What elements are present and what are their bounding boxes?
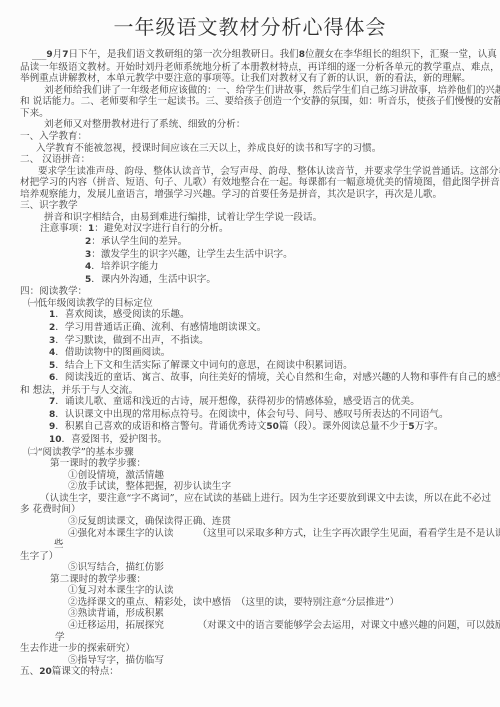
document-line: 三、识字教学 (20, 200, 480, 212)
document-line: 二、 汉语拼音： (20, 154, 480, 166)
document-line: ②选择课文的重点、精彩处，读中感悟 （这里的读，要特别注意“分层推进”） (20, 597, 480, 609)
document-line: 五、20篇课文的特点： (20, 666, 480, 679)
document-line: 培养观察能力，发展儿童语言，增强学习兴趣。学习的首要任务是拼音，其次是识字，再次… (20, 189, 480, 201)
document-line: ①复习对本课生字的认读 (20, 585, 480, 597)
document-body: ___9月7日下午，是我们语文教研组的第一次分组教研日。我们8位靓女在李华组长的… (20, 49, 480, 679)
document-line: 注意事项：1：避免对汉字进行自行的分析。 (20, 223, 480, 236)
document-line: 品读一年级语文教材。开始时刘丹老师系统地分析了本册教材特点，再详细的逐一分析各单… (20, 62, 480, 74)
document-line: 拼音和识字相结合，由易到难进行编排，试着让学生学说一段话。 (20, 212, 480, 224)
document-line: 刘老师给我们讲了一年级老师应该做的：一、给学生们讲故事，然后学生们自己练习讲故事… (20, 85, 480, 97)
document-line: 学 (20, 632, 480, 644)
document-line: ㈠低年级阅读教学的目标定位 (20, 298, 480, 310)
document-line: 入学教育不能被忽视，授课时间应该在三天以上，养成良好的读书和写字的习惯。 (20, 143, 480, 155)
document-line: 4．借助读物中的图画阅读。 (20, 347, 480, 360)
document-line: 第一课时的教学步骤： (20, 458, 480, 470)
document-line: 4．培养识字能力 (20, 261, 480, 274)
document-line: 下来。 (20, 108, 480, 120)
document-page: 一年级语文教材分析心得体会 ··· ___9月7日下午，是我们语文教研组的第一次… (0, 0, 500, 707)
document-line: ③熟读背诵，形成积累 (20, 608, 480, 620)
document-line: 刘老师又对整册教材进行了系统、细致的分析： (20, 119, 480, 131)
document-line: 8．认识课文中出现的常用标点符号。在阅读中，体会句号、问号、感叹号所表达的不同语… (20, 409, 480, 422)
document-line: 和 说话能力。二、老师要和学生一起读书。三、要给孩子创造一个安静的氛围，如：听音… (20, 96, 480, 108)
document-line: ⑤识写结合，描红仿影 (20, 562, 480, 574)
document-line: 第二课时的教学步骤： (20, 574, 480, 586)
document-line: 些 (20, 539, 480, 551)
document-line: 5．课内外沟通，生活中识字。 (20, 274, 480, 287)
document-line: 要求学生读准声母、韵母、整体认读音节，会写声母、韵母、整体认读音节，并要求学生学… (20, 166, 480, 178)
document-line: ④强化对本课生字的认读 （这里可以采取多种方式，让生字再次跟学生见面，看看学生是… (20, 528, 480, 540)
document-line: 和 想法，并乐于与人交流。 (20, 385, 480, 397)
document-line: 3．学习默读，做到不出声，不指读。 (20, 335, 480, 348)
page-title: 一年级语文教材分析心得体会 (20, 14, 480, 40)
document-line: 10．喜爱图书，爱护图书。 (20, 434, 480, 447)
document-line: 2．学习用普通话正确、流利、有感情地朗读课文。 (20, 322, 480, 335)
document-line: ①创设情境，激活情趣 (20, 470, 480, 482)
document-line: 材把学习的内容（拼音、短语、句子、儿歌）有效地整合在一起。每课都有一幅意境优美的… (20, 177, 480, 189)
document-line: ⑤指导写字，描仿临写 (20, 655, 480, 667)
document-line: ②放手试读，整体把握，初步认读生字 (20, 481, 480, 493)
document-line: 四：阅读教学： (20, 286, 480, 298)
document-line: 一、入学教育： (20, 131, 480, 143)
document-line: 5．结合上下文和生活实际了解课文中词句的意思，在阅读中积累词语。 (20, 360, 480, 373)
document-line: 6．阅读浅近的童话、寓言、故事，向往美好的情境，关心自然和生命，对感兴趣的人物和… (20, 372, 480, 385)
document-line: ㈡“阅读教学”的基本步骤 (20, 447, 480, 459)
document-line: 1．喜欢阅读，感受阅读的乐趣。 (20, 309, 480, 322)
faint-artifact-mark: ··· (366, 47, 374, 53)
document-line: 7．诵读儿歌、童谣和浅近的古诗，展开想像，获得初步的情感体验，感受语言的优美。 (20, 396, 480, 409)
document-line: 生字了） (20, 551, 480, 563)
document-line: 3：激发学生的识字兴趣，让学生去生活中识字。 (20, 249, 480, 262)
document-line: 2：承认学生间的差异。 (20, 236, 480, 249)
document-line: （认读生字，要注意“字不离词”，应在试读的基础上进行。因为生字还要放到课文中去读… (20, 493, 480, 505)
document-line: ③反复朗读课文，确保读得正确、连贯 (20, 516, 480, 528)
document-line: 举例重点讲解教材，本单元教学中要注意的事项等。让我们对教材又有了新的认识，新的看… (20, 73, 480, 85)
document-line: ④迁移运用，拓展探究 （对课文中的语言要能够学会去运用，对课文中感兴趣的问题，可… (20, 620, 480, 632)
document-line: 生去作进一步的探索研究） (20, 643, 480, 655)
document-line: 多 花费时间） (20, 504, 480, 516)
document-line: 9．积累自己喜欢的成语和格言警句。背诵优秀诗文50篇（段）。课外阅读总量不少于5… (20, 421, 480, 434)
document-line: ___9月7日下午，是我们语文教研组的第一次分组教研日。我们8位靓女在李华组长的… (20, 49, 480, 62)
